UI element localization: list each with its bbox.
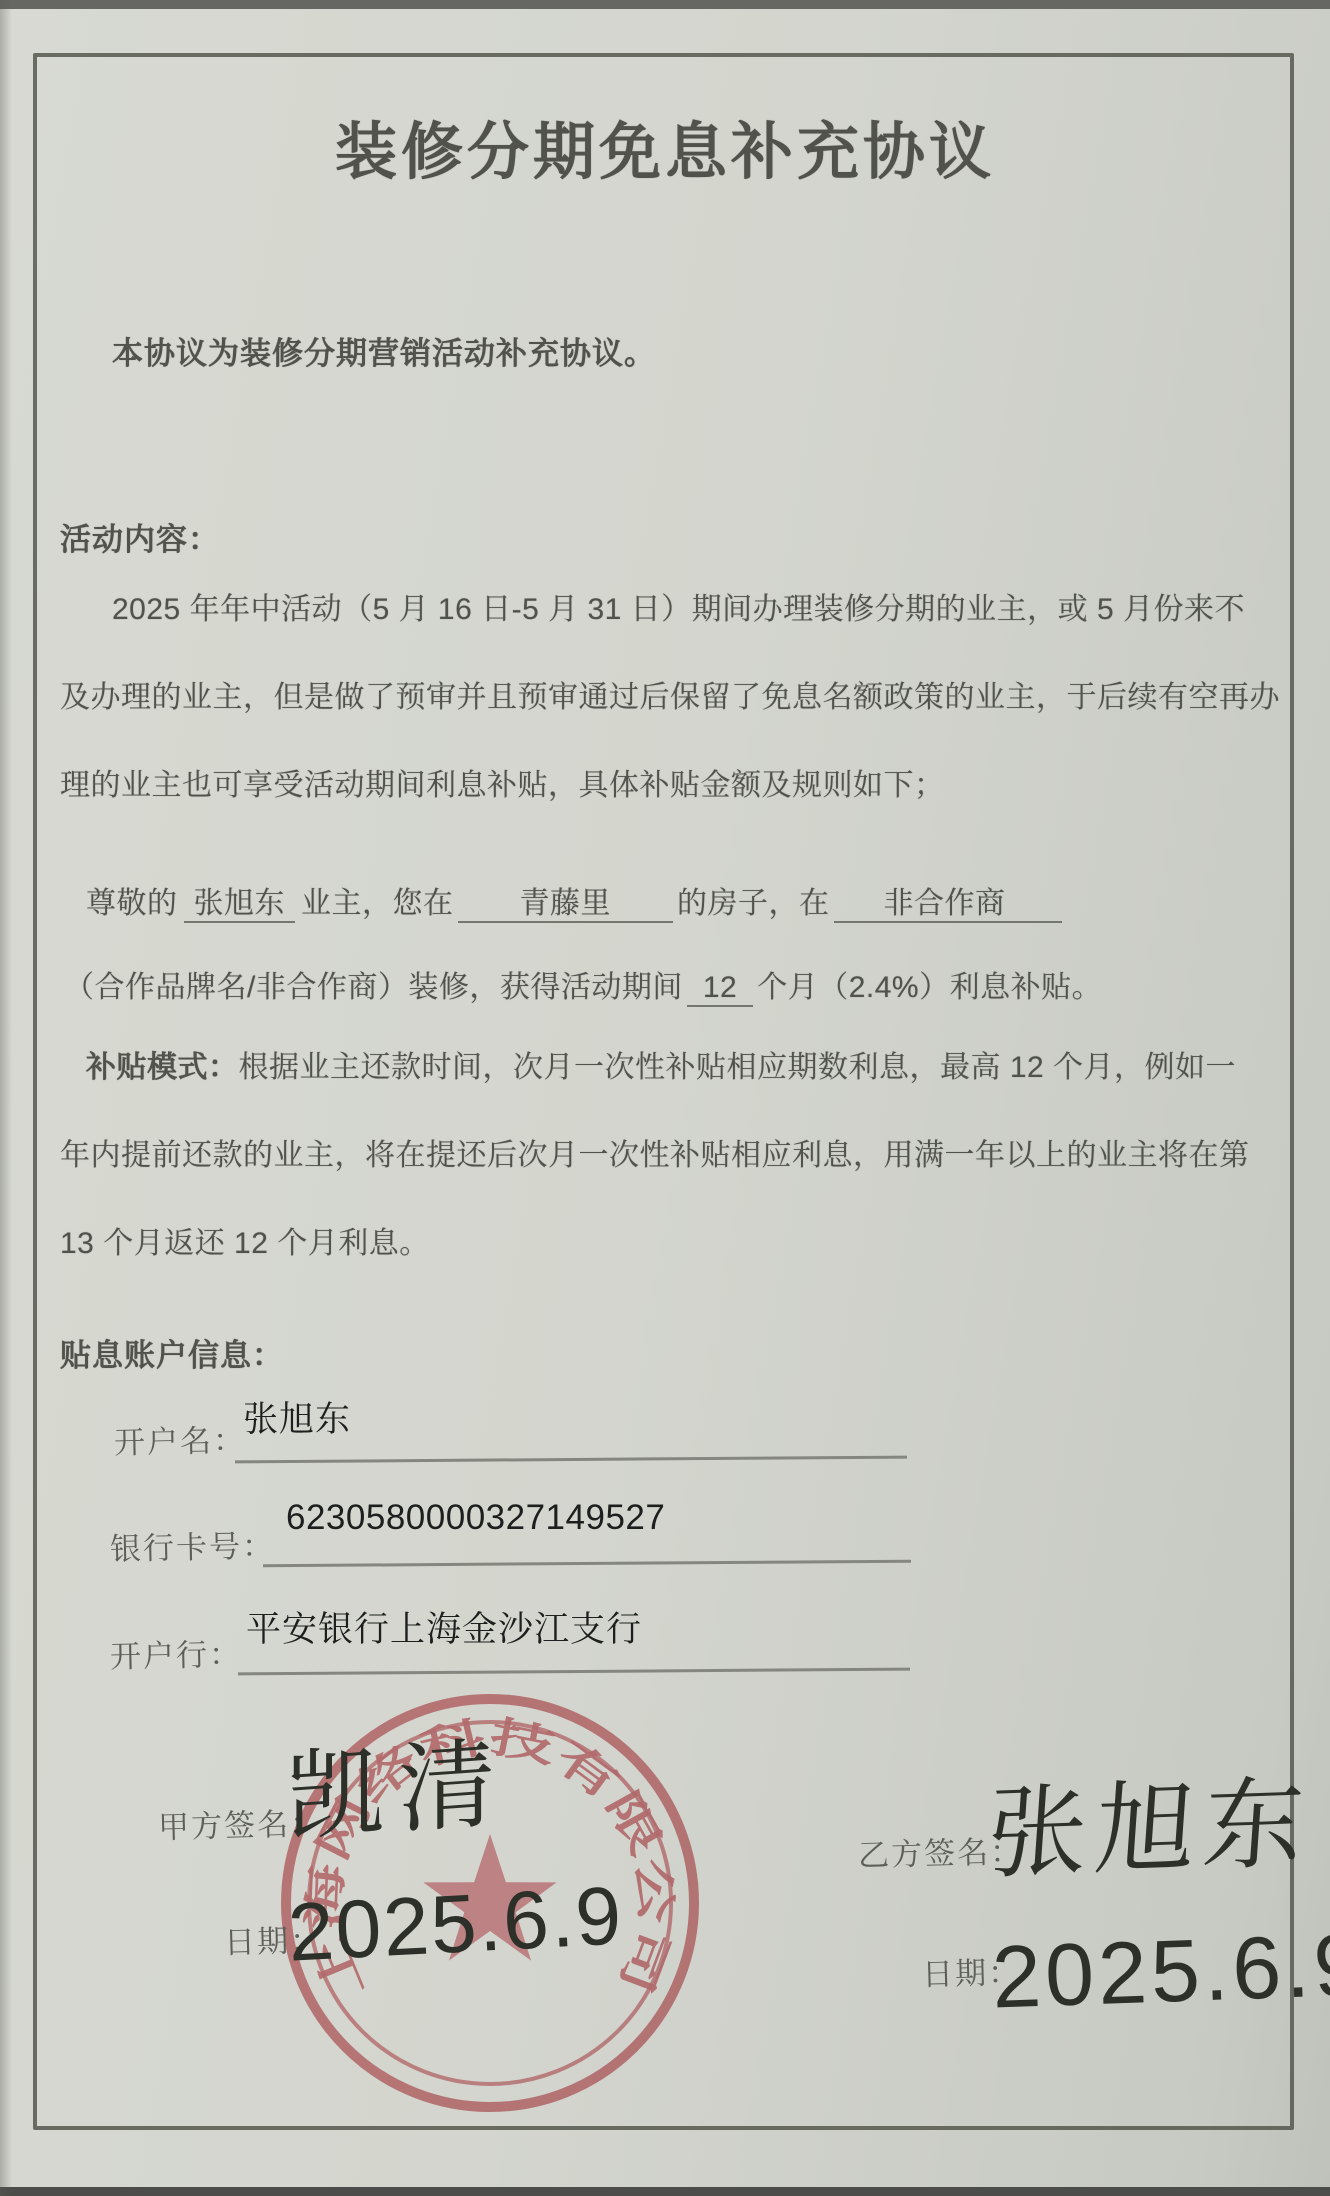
activity-heading: 活动内容： xyxy=(60,514,220,559)
subsidy-line1: 根据业主还款时间，次月一次性补贴相应期数利息，最高 12 个月，例如一 xyxy=(239,1051,1237,1084)
party-a-date-handwriting: 2025.6.9 xyxy=(286,1869,626,1980)
subsidy-line3: 13 个月返还 12 个月利息。 xyxy=(60,1224,1250,1312)
document-photo: 装修分期免息补充协议 本协议为装修分期营销活动补充协议。 活动内容： 2025 … xyxy=(0,0,1330,2196)
account-name-label: 开户名： xyxy=(114,1415,247,1463)
photo-top-edge xyxy=(0,0,1330,9)
activity-line: 及办理的业主，但是做了预审并且预审通过后保留了免息名额政策的业主，于后续有空再办 xyxy=(60,678,1280,766)
intro-paragraph: 本协议为装修分期营销活动补充协议。 xyxy=(112,328,656,373)
activity-line: 2025 年年中活动（5 月 16 日-5 月 31 日）期间办理装修分期的业主… xyxy=(60,590,1280,678)
brand-suffix: 个月（2.4%）利息补贴。 xyxy=(757,971,1102,1004)
subsidy-line2: 年内提前还款的业主，将在提还后次月一次性补贴相应利息，用满一年以上的业主将在第 xyxy=(60,1136,1250,1224)
card-number-value: 6230580000327149527 xyxy=(286,1498,665,1538)
party-a-signature-handwriting: 凯清 xyxy=(286,1704,509,1861)
photo-bottom-edge xyxy=(0,2187,1330,2196)
subsidy-lead: 补贴模式： xyxy=(86,1051,239,1084)
owner-fill-in-line: 尊敬的张旭东业主，您在青藤里的房子，在非合作商 xyxy=(86,878,1066,923)
account-name-value: 张旭东 xyxy=(243,1392,351,1442)
owner-name-blank: 张旭东 xyxy=(184,887,296,923)
account-heading: 贴息账户信息： xyxy=(60,1330,284,1375)
brand-fill-in-line: （合作品牌名/非合作商）装修，获得活动期间12个月（2.4%）利息补贴。 xyxy=(64,962,1102,1007)
owner-prefix: 尊敬的 xyxy=(86,887,178,920)
card-number-label: 银行卡号： xyxy=(110,1520,276,1568)
merchant-blank: 非合作商 xyxy=(834,887,1062,923)
owner-after-house: 的房子，在 xyxy=(677,887,830,920)
party-b-date-handwriting: 2025.6.9 xyxy=(990,1913,1330,2028)
months-blank: 12 xyxy=(687,971,753,1007)
owner-after-name: 业主，您在 xyxy=(301,887,454,920)
activity-line: 理的业主也可享受活动期间利息补贴，具体补贴金额及规则如下； xyxy=(60,766,1280,854)
activity-paragraph: 2025 年年中活动（5 月 16 日-5 月 31 日）期间办理装修分期的业主… xyxy=(60,590,1280,854)
photo-left-edge xyxy=(0,0,12,2196)
brand-prefix: （合作品牌名/非合作商）装修，获得活动期间 xyxy=(64,971,683,1004)
party-b-signature-handwriting: 张旭东 xyxy=(983,1742,1317,1898)
bank-branch-label: 开户行： xyxy=(110,1629,243,1677)
bank-branch-value: 平安银行上海金沙江支行 xyxy=(246,1602,642,1652)
house-name-blank: 青藤里 xyxy=(458,887,674,923)
subsidy-paragraph: 补贴模式：根据业主还款时间，次月一次性补贴相应期数利息，最高 12 个月，例如一… xyxy=(60,1048,1250,1312)
document-title: 装修分期免息补充协议 xyxy=(0,102,1330,191)
